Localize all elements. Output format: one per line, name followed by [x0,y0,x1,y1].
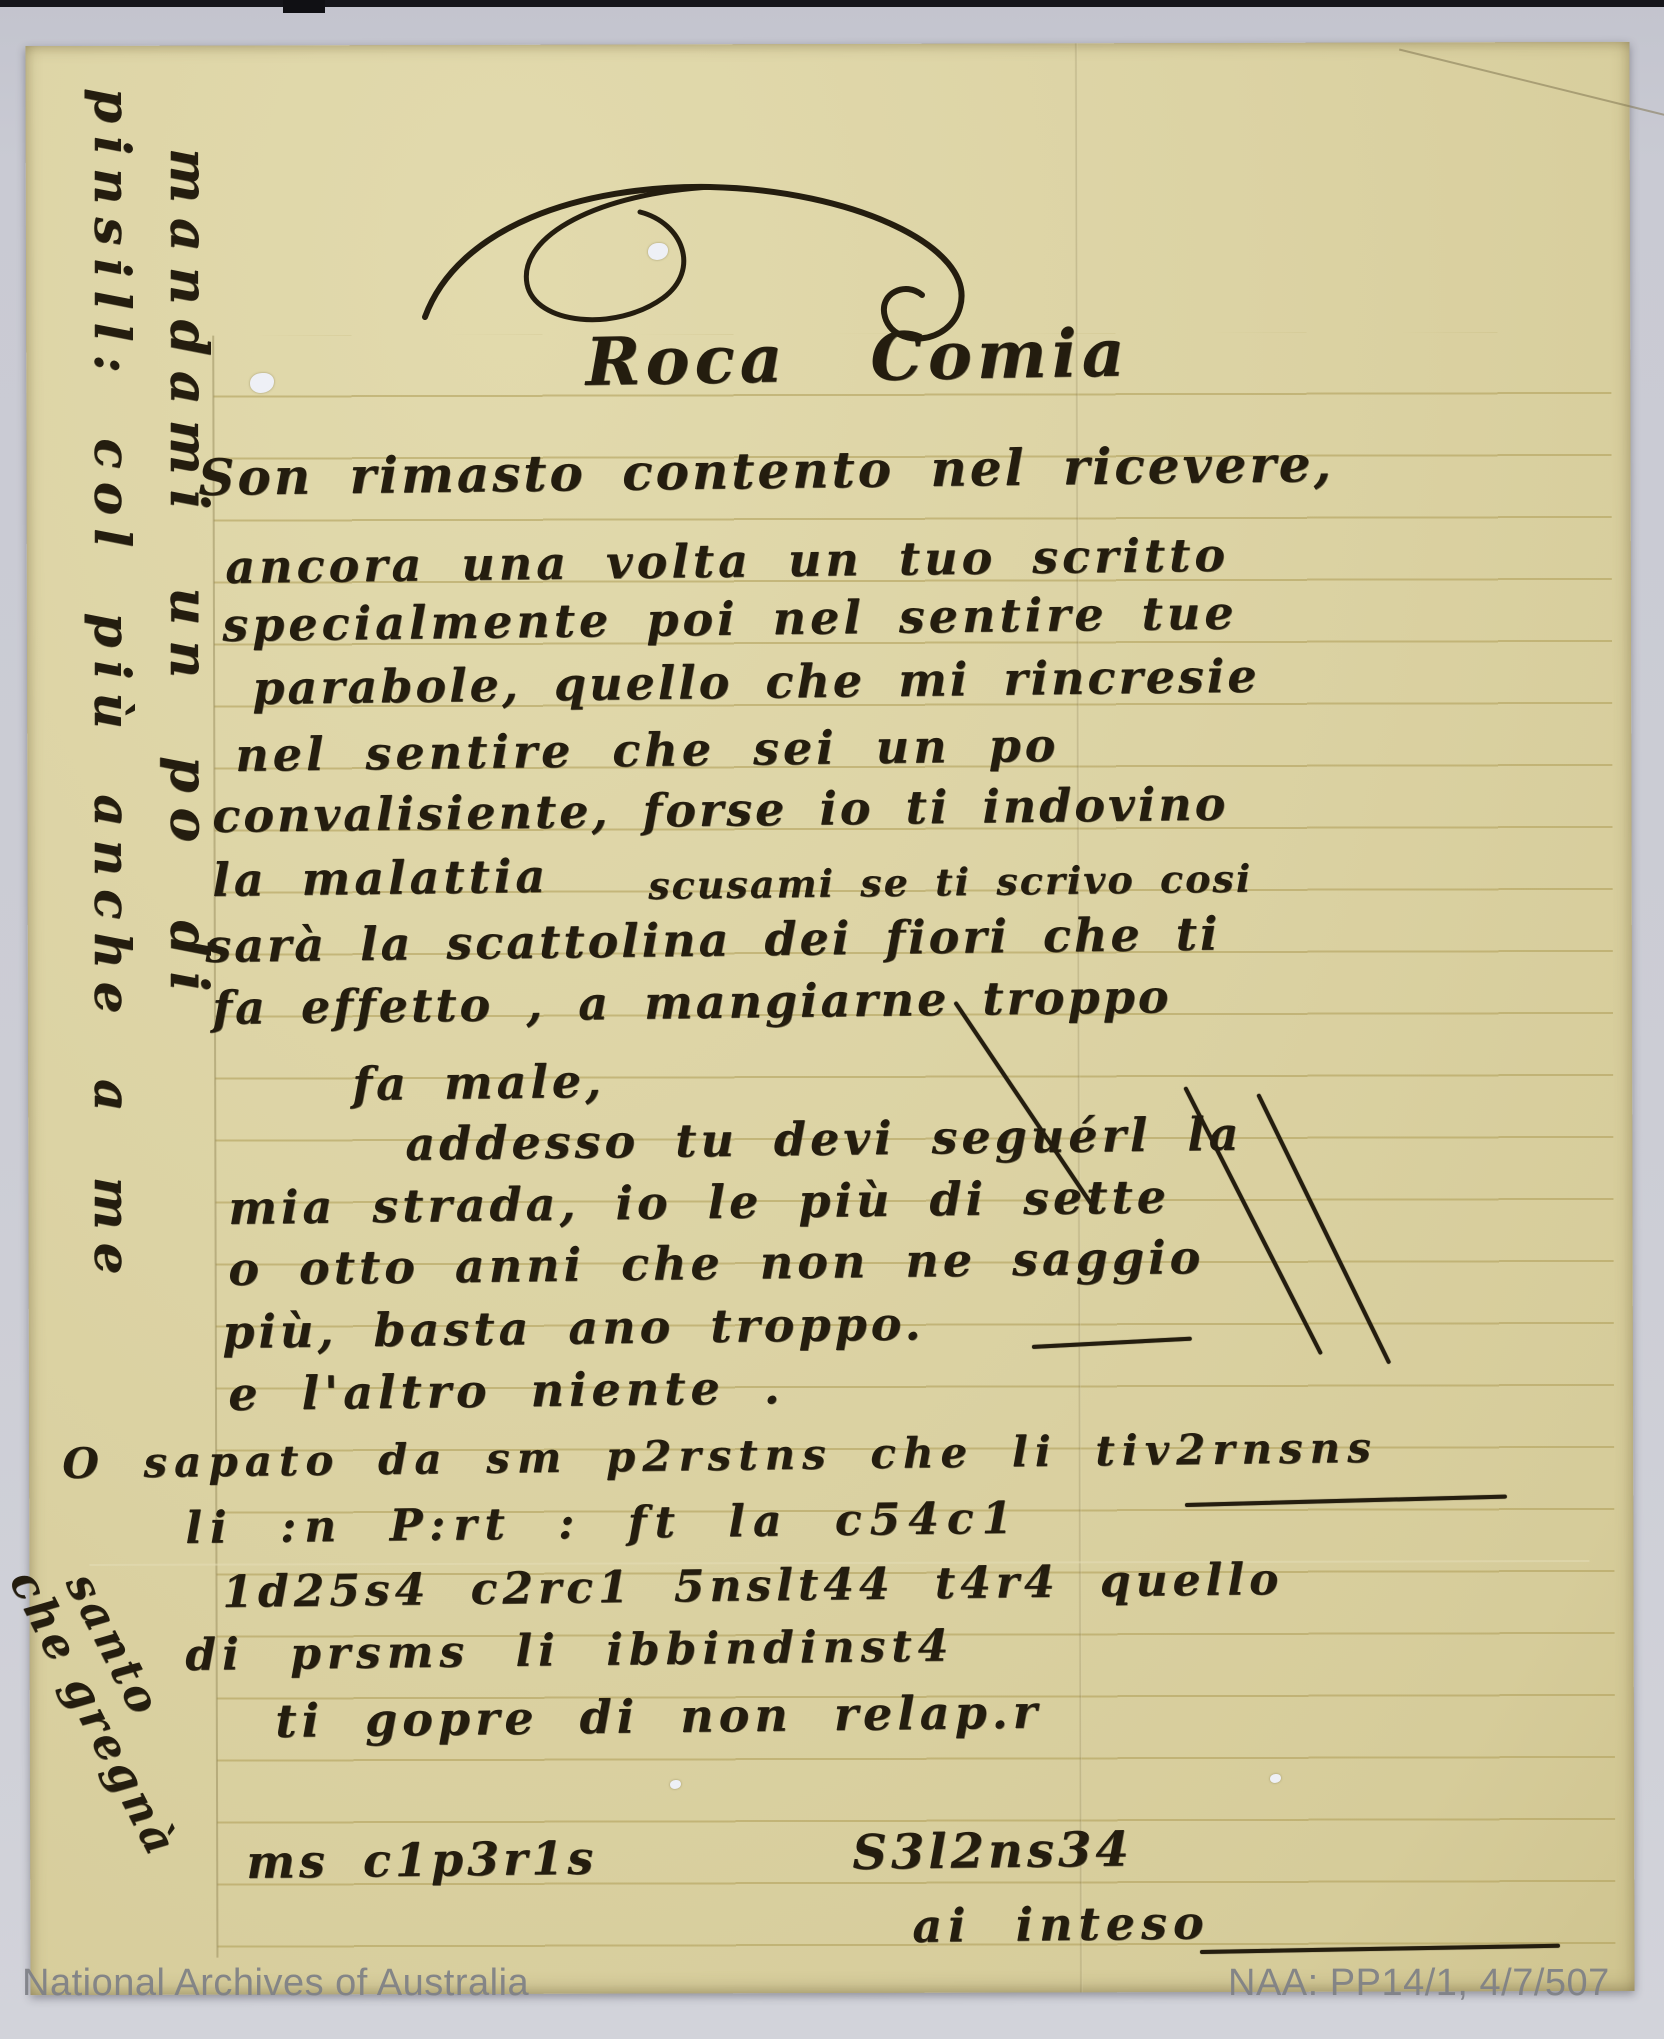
paper-damage-speck [1270,1774,1281,1783]
corner-note-diagonal: santoche gregnà [12,1565,230,1866]
ink-stroke-flourish-descender-1 [1183,1086,1323,1355]
paper-damage-speck [670,1780,681,1789]
handwritten-line: O sapato da sm p2rstns che li tiv2rnsns [62,1426,1378,1486]
handwritten-line: specialmente poi nel sentire tue [222,589,1238,650]
handwritten-line: scusami se ti scrivo cosi [648,859,1252,906]
ink-stroke-tail-after-troppo [1032,1337,1192,1349]
handwritten-line: S3l2ns34 [852,1825,1133,1879]
handwritten-line: di prsms li ibbindinst4 [185,1624,955,1680]
scan-edge-strip [0,0,1664,7]
handwritten-line: o otto anni che non ne saggio [228,1233,1205,1293]
handwritten-line: ai inteso [912,1898,1210,1950]
handwritten-line: ti gopre di non relap.r [275,1688,1042,1746]
paper-damage-speck [648,243,668,260]
handwritten-line: sarà la scattolina dei fiori che ti [205,910,1221,971]
letter-title: Roca Comia [585,319,1130,398]
ink-stroke-underline-tiv2rnsns [1185,1495,1507,1507]
handwritten-line: convalisiente, forse io ti indovino [212,780,1229,841]
handwritten-line: mia strada, io le più di sette [228,1172,1170,1232]
handwritten-line: nel sentire che sei un po [235,721,1060,779]
scan-edge-notch [283,0,325,13]
margin-note-vertical: pinsill: col più anche a me [86,88,139,1288]
handwritten-line: addesso tu devi seguérl la [405,1110,1243,1169]
handwritten-line: fa effetto , a mangiarne troppo [212,972,1172,1032]
ink-stroke-tail-after-inteso [1200,1944,1560,1954]
handwriting-layer: Roca ComiaSon rimasto contento nel ricev… [0,0,1664,2039]
handwritten-line: parabole, quello che mi rincresie [252,652,1260,713]
watermark-archive-name: National Archives of Australia [22,1962,529,2005]
ink-stroke-flourish-descender-2 [1256,1093,1391,1364]
handwritten-line: la malattia [212,852,549,904]
scanned-letter-page: Roca ComiaSon rimasto contento nel ricev… [0,0,1664,2039]
margin-note-vertical: mandami un po di [160,148,215,1006]
handwritten-line: più, basta ano troppo. [222,1299,925,1356]
handwritten-line: 1d25s4 c2rc1 5nslt44 t4r4 quello [222,1557,1284,1616]
paper-damage-speck [250,373,274,393]
handwritten-line: li :n P:rt : ft la c54c1 [185,1496,1020,1552]
handwritten-line: e l'altro niente . [228,1363,785,1418]
handwritten-line: ancora una volta un tuo scritto [225,531,1229,592]
handwritten-line: ms c1p3r1s [246,1834,597,1887]
watermark-reference-number: NAA: PP14/1, 4/7/507 [1228,1962,1610,2005]
handwritten-line: Son rimasto contento nel ricevere, [198,438,1334,504]
handwritten-line: fa male, [352,1057,605,1108]
